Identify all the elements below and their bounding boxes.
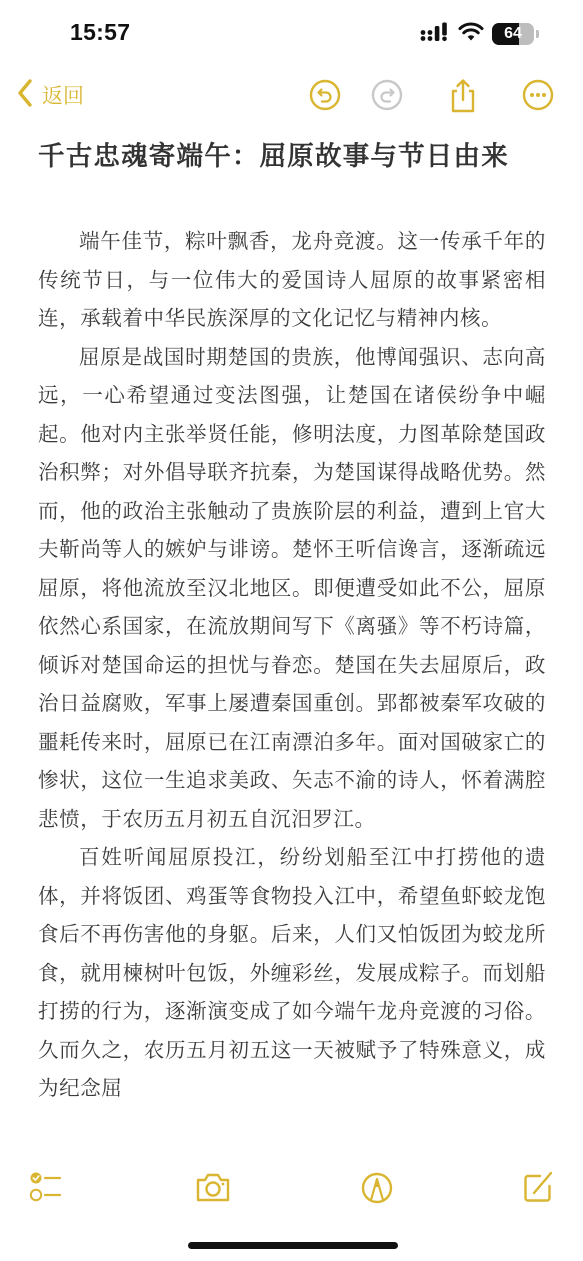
cellular-signal-icon (420, 22, 450, 46)
battery-level: 64 (492, 23, 534, 45)
battery-tip (536, 30, 539, 38)
paragraph-3: 百姓听闻屈原投江，纷纷划船至江中打捞他的遗体，并将饭团、鸡蛋等食物投入江中，希望… (38, 838, 546, 1108)
chevron-left-icon (16, 78, 34, 112)
status-time: 15:57 (70, 19, 130, 46)
markup-icon[interactable] (357, 1167, 397, 1207)
battery-icon: 64 (492, 23, 534, 45)
nav-bar: 返回 (0, 72, 583, 118)
compose-icon[interactable] (518, 1167, 558, 1207)
paragraph-2: 屈原是战国时期楚国的贵族，他博闻强识、志向高远，一心希望通过变法图强，让楚国在诸… (38, 338, 546, 839)
more-icon[interactable] (521, 78, 555, 112)
bottom-toolbar (0, 1165, 583, 1209)
back-button[interactable]: 返回 (16, 78, 84, 112)
paragraph-1: 端午佳节，粽叶飘香，龙舟竞渡。这一传承千年的传统节日，与一位伟大的爱国诗人屈原的… (38, 222, 546, 338)
undo-icon[interactable] (308, 78, 342, 112)
status-icons: 64 (420, 22, 539, 46)
wifi-icon (458, 22, 484, 46)
back-label: 返回 (42, 80, 84, 110)
note-body[interactable]: 端午佳节，粽叶飘香，龙舟竞渡。这一传承千年的传统节日，与一位伟大的爱国诗人屈原的… (38, 222, 546, 1108)
status-bar: 15:57 64 (0, 0, 583, 64)
camera-icon[interactable] (193, 1167, 233, 1207)
share-icon[interactable] (446, 78, 480, 112)
home-indicator[interactable] (188, 1242, 398, 1249)
redo-icon[interactable] (370, 78, 404, 112)
checklist-icon[interactable] (28, 1167, 68, 1207)
note-title[interactable]: 千古忠魂寄端午：屈原故事与节日由来 (38, 137, 538, 176)
